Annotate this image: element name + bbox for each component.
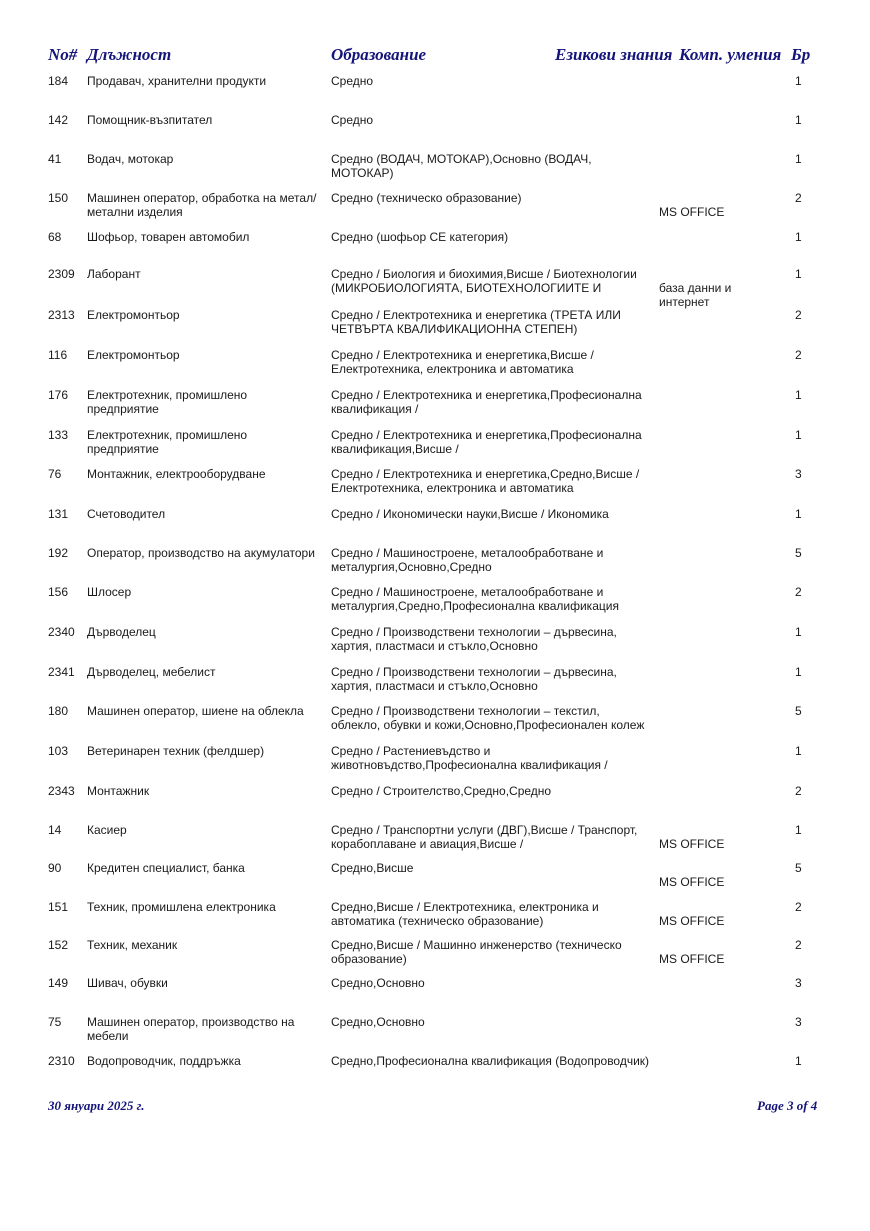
row-count: 1	[795, 388, 809, 402]
row-computer-skills: MS OFFICE	[659, 914, 769, 928]
row-count: 5	[795, 546, 809, 560]
row-no: 68	[48, 230, 84, 244]
row-count: 1	[795, 428, 809, 442]
row-education: Средно,Висше	[331, 861, 651, 875]
row-count: 2	[795, 191, 809, 205]
row-education: Средно / Електротехника и енергетика,Про…	[331, 388, 651, 416]
row-education: Средно / Електротехника и енергетика,Вис…	[331, 348, 651, 376]
row-education: Средно / Строителство,Средно,Средно	[331, 784, 651, 798]
row-count: 1	[795, 507, 809, 521]
footer-page-number: Page 3 of 4	[757, 1098, 817, 1114]
row-education: Средно (ВОДАЧ, МОТОКАР),Основно (ВОДАЧ, …	[331, 152, 651, 180]
row-position: Помощник-възпитател	[87, 113, 322, 127]
row-computer-skills: MS OFFICE	[659, 205, 769, 219]
row-education: Средно / Транспортни услуги (ДВГ),Висше …	[331, 823, 651, 851]
row-count: 1	[795, 1054, 809, 1068]
row-education: Средно,Основно	[331, 976, 651, 990]
row-no: 2340	[48, 625, 84, 639]
row-computer-skills: MS OFFICE	[659, 837, 769, 851]
row-education: Средно / Растениевъдство и животновъдств…	[331, 744, 651, 772]
row-count: 3	[795, 467, 809, 481]
row-count: 1	[795, 823, 809, 837]
row-education: Средно / Производствени технологии – дър…	[331, 625, 651, 653]
header-count: Бр	[791, 45, 810, 65]
row-position: Монтажник	[87, 784, 322, 798]
row-position: Водопроводчик, поддръжка	[87, 1054, 322, 1068]
row-no: 150	[48, 191, 84, 205]
row-count: 1	[795, 74, 809, 88]
row-no: 180	[48, 704, 84, 718]
row-no: 76	[48, 467, 84, 481]
row-count: 1	[795, 113, 809, 127]
footer-date: 30 януари 2025 г.	[48, 1098, 145, 1114]
row-no: 90	[48, 861, 84, 875]
row-position: Машинен оператор, шиене на облекла	[87, 704, 322, 718]
row-count: 2	[795, 784, 809, 798]
row-no: 2313	[48, 308, 84, 322]
row-count: 1	[795, 230, 809, 244]
row-education: Средно / Икономически науки,Висше / Икон…	[331, 507, 651, 521]
row-position: Лаборант	[87, 267, 322, 281]
row-education: Средно (шофьор СЕ категория)	[331, 230, 651, 244]
row-position: Водач, мотокар	[87, 152, 322, 166]
row-education: Средно / Машиностроене, металообработван…	[331, 585, 651, 613]
row-position: Ветеринарен техник (фелдшер)	[87, 744, 322, 758]
row-count: 2	[795, 585, 809, 599]
header-education: Образование	[331, 45, 426, 65]
row-count: 2	[795, 308, 809, 322]
row-count: 3	[795, 1015, 809, 1029]
row-position: Счетоводител	[87, 507, 322, 521]
row-count: 1	[795, 267, 809, 281]
row-no: 192	[48, 546, 84, 560]
row-position: Дърводелец	[87, 625, 322, 639]
row-no: 149	[48, 976, 84, 990]
row-position: Шлосер	[87, 585, 322, 599]
row-no: 2341	[48, 665, 84, 679]
row-position: Шофьор, товарен автомобил	[87, 230, 322, 244]
row-position: Електротехник, промишлено предприятие	[87, 428, 322, 456]
row-education: Средно / Производствени технологии – дър…	[331, 665, 651, 693]
row-education: Средно / Електротехника и енергетика,Сре…	[331, 467, 651, 495]
row-position: Монтажник, електрооборудване	[87, 467, 322, 481]
row-education: Средно	[331, 74, 651, 88]
row-computer-skills: база данни и интернет	[659, 281, 769, 309]
row-position: Електромонтьор	[87, 348, 322, 362]
row-no: 14	[48, 823, 84, 837]
header-position: Длъжност	[87, 45, 171, 65]
row-count: 2	[795, 938, 809, 952]
row-count: 1	[795, 152, 809, 166]
row-no: 156	[48, 585, 84, 599]
row-no: 142	[48, 113, 84, 127]
row-count: 2	[795, 900, 809, 914]
row-no: 152	[48, 938, 84, 952]
row-count: 5	[795, 861, 809, 875]
row-position: Техник, механик	[87, 938, 322, 952]
row-computer-skills: MS OFFICE	[659, 875, 769, 889]
row-no: 133	[48, 428, 84, 442]
row-count: 1	[795, 744, 809, 758]
row-no: 2343	[48, 784, 84, 798]
row-education: Средно	[331, 113, 651, 127]
row-count: 3	[795, 976, 809, 990]
row-education: Средно,Висше / Машинно инженерство (техн…	[331, 938, 651, 966]
row-position: Шивач, обувки	[87, 976, 322, 990]
row-no: 131	[48, 507, 84, 521]
row-education: Средно / Производствени технологии – тек…	[331, 704, 651, 732]
row-no: 41	[48, 152, 84, 166]
row-no: 184	[48, 74, 84, 88]
row-count: 1	[795, 625, 809, 639]
row-education: Средно / Биология и биохимия,Висше / Био…	[331, 267, 651, 295]
header-computer-skills: Комп. умения	[679, 45, 781, 65]
row-education: Средно,Основно	[331, 1015, 651, 1029]
row-education: Средно / Електротехника и енергетика,Про…	[331, 428, 651, 456]
row-no: 151	[48, 900, 84, 914]
row-position: Оператор, производство на акумулатори	[87, 546, 322, 560]
row-count: 5	[795, 704, 809, 718]
row-education: Средно / Електротехника и енергетика (ТР…	[331, 308, 651, 336]
row-position: Машинен оператор, производство на мебели	[87, 1015, 322, 1043]
row-position: Продавач, хранителни продукти	[87, 74, 322, 88]
row-count: 1	[795, 665, 809, 679]
row-position: Кредитен специалист, банка	[87, 861, 322, 875]
row-education: Средно,Професионална квалификация (Водоп…	[331, 1054, 651, 1068]
row-education: Средно,Висше / Електротехника, електрони…	[331, 900, 651, 928]
row-position: Електротехник, промишлено предприятие	[87, 388, 322, 416]
row-computer-skills: MS OFFICE	[659, 952, 769, 966]
header-no: No#	[48, 45, 77, 65]
row-no: 116	[48, 348, 84, 362]
row-position: Техник, промишлена електроника	[87, 900, 322, 914]
header-languages: Езикови знания	[555, 45, 672, 65]
row-education: Средно (техническо образование)	[331, 191, 651, 205]
row-position: Електромонтьор	[87, 308, 322, 322]
row-position: Машинен оператор, обработка на метал/мет…	[87, 191, 322, 219]
row-no: 176	[48, 388, 84, 402]
row-position: Дърводелец, мебелист	[87, 665, 322, 679]
row-position: Касиер	[87, 823, 322, 837]
row-no: 103	[48, 744, 84, 758]
row-no: 75	[48, 1015, 84, 1029]
row-no: 2309	[48, 267, 84, 281]
row-education: Средно / Машиностроене, металообработван…	[331, 546, 651, 574]
row-no: 2310	[48, 1054, 84, 1068]
row-count: 2	[795, 348, 809, 362]
